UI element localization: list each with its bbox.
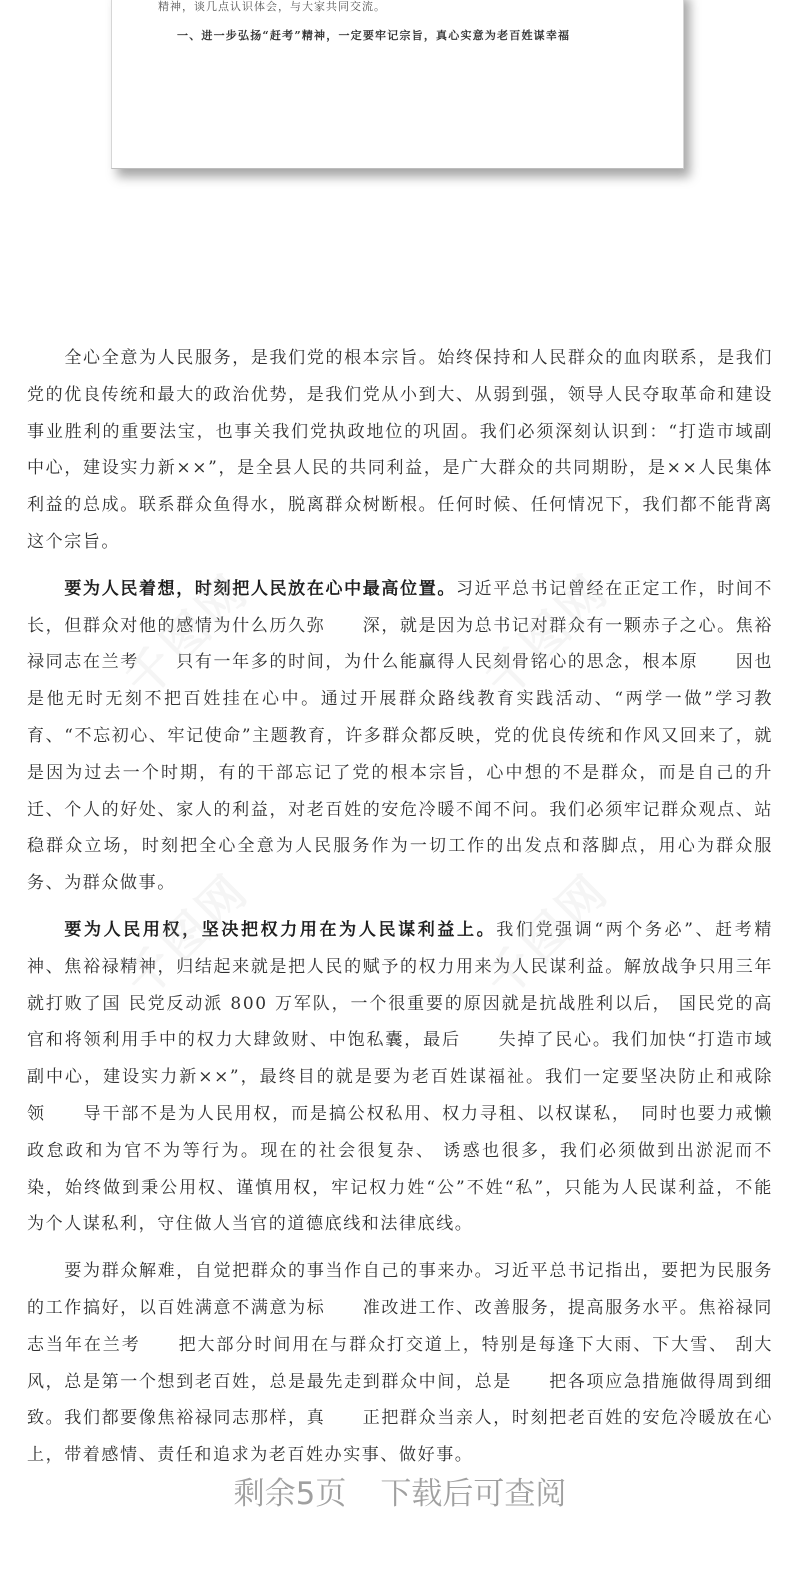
paragraph-3-text: 我们党强调“两个务必”、赶考精神、焦裕禄精神，归结起来就是把人民的赋予的权力用来… bbox=[27, 920, 773, 1234]
preview-text-line: 精神，谈几点认识体会，与大家共同交流。 bbox=[158, 0, 386, 14]
preview-section-heading: 一、进一步弘扬“赶考”精神，一定要牢记宗旨，真心实意为老百姓谋幸福 bbox=[177, 27, 570, 43]
remaining-pages-notice[interactable]: 剩余5页下载后可查阅 bbox=[0, 1468, 800, 1513]
paragraph-3-lead: 要为人民用权，坚决把权力用在为人民谋利益上。 bbox=[64, 920, 496, 940]
paragraph-2: 要为人民着想，时刻把人民放在心中最高位置。习近平总书记曾经在正定工作，时间不长，… bbox=[27, 571, 773, 902]
download-to-view-hint: 下载后可查阅 bbox=[380, 1476, 566, 1512]
paragraph-4: 要为群众解难，自觉把群众的事当作自己的事来办。习近平总书记指出，要把为民服务的工… bbox=[27, 1253, 773, 1474]
paragraph-3: 要为人民用权，坚决把权力用在为人民谋利益上。我们党强调“两个务必”、赶考精神、焦… bbox=[27, 912, 773, 1243]
paragraph-4-text: 要为群众解难，自觉把群众的事当作自己的事来办。习近平总书记指出，要把为民服务的工… bbox=[27, 1261, 773, 1465]
paragraph-1-text: 全心全意为人民服务，是我们党的根本宗旨。始终保持和人民群众的血肉联系，是我们党的… bbox=[27, 348, 773, 552]
paragraph-1: 全心全意为人民服务，是我们党的根本宗旨。始终保持和人民群众的血肉联系，是我们党的… bbox=[27, 340, 773, 561]
remaining-pages-count: 剩余5页 bbox=[234, 1476, 347, 1512]
article-body: 全心全意为人民服务，是我们党的根本宗旨。始终保持和人民群众的血肉联系，是我们党的… bbox=[27, 340, 773, 1474]
document-page-preview: 精神，谈几点认识体会，与大家共同交流。 一、进一步弘扬“赶考”精神，一定要牢记宗… bbox=[111, 0, 684, 169]
paragraph-2-lead: 要为人民着想，时刻把人民放在心中最高位置。 bbox=[64, 579, 456, 599]
paragraph-2-text: 习近平总书记曾经在正定工作，时间不长，但群众对他的感情为什么历久弥 深，就是因为… bbox=[27, 579, 773, 893]
